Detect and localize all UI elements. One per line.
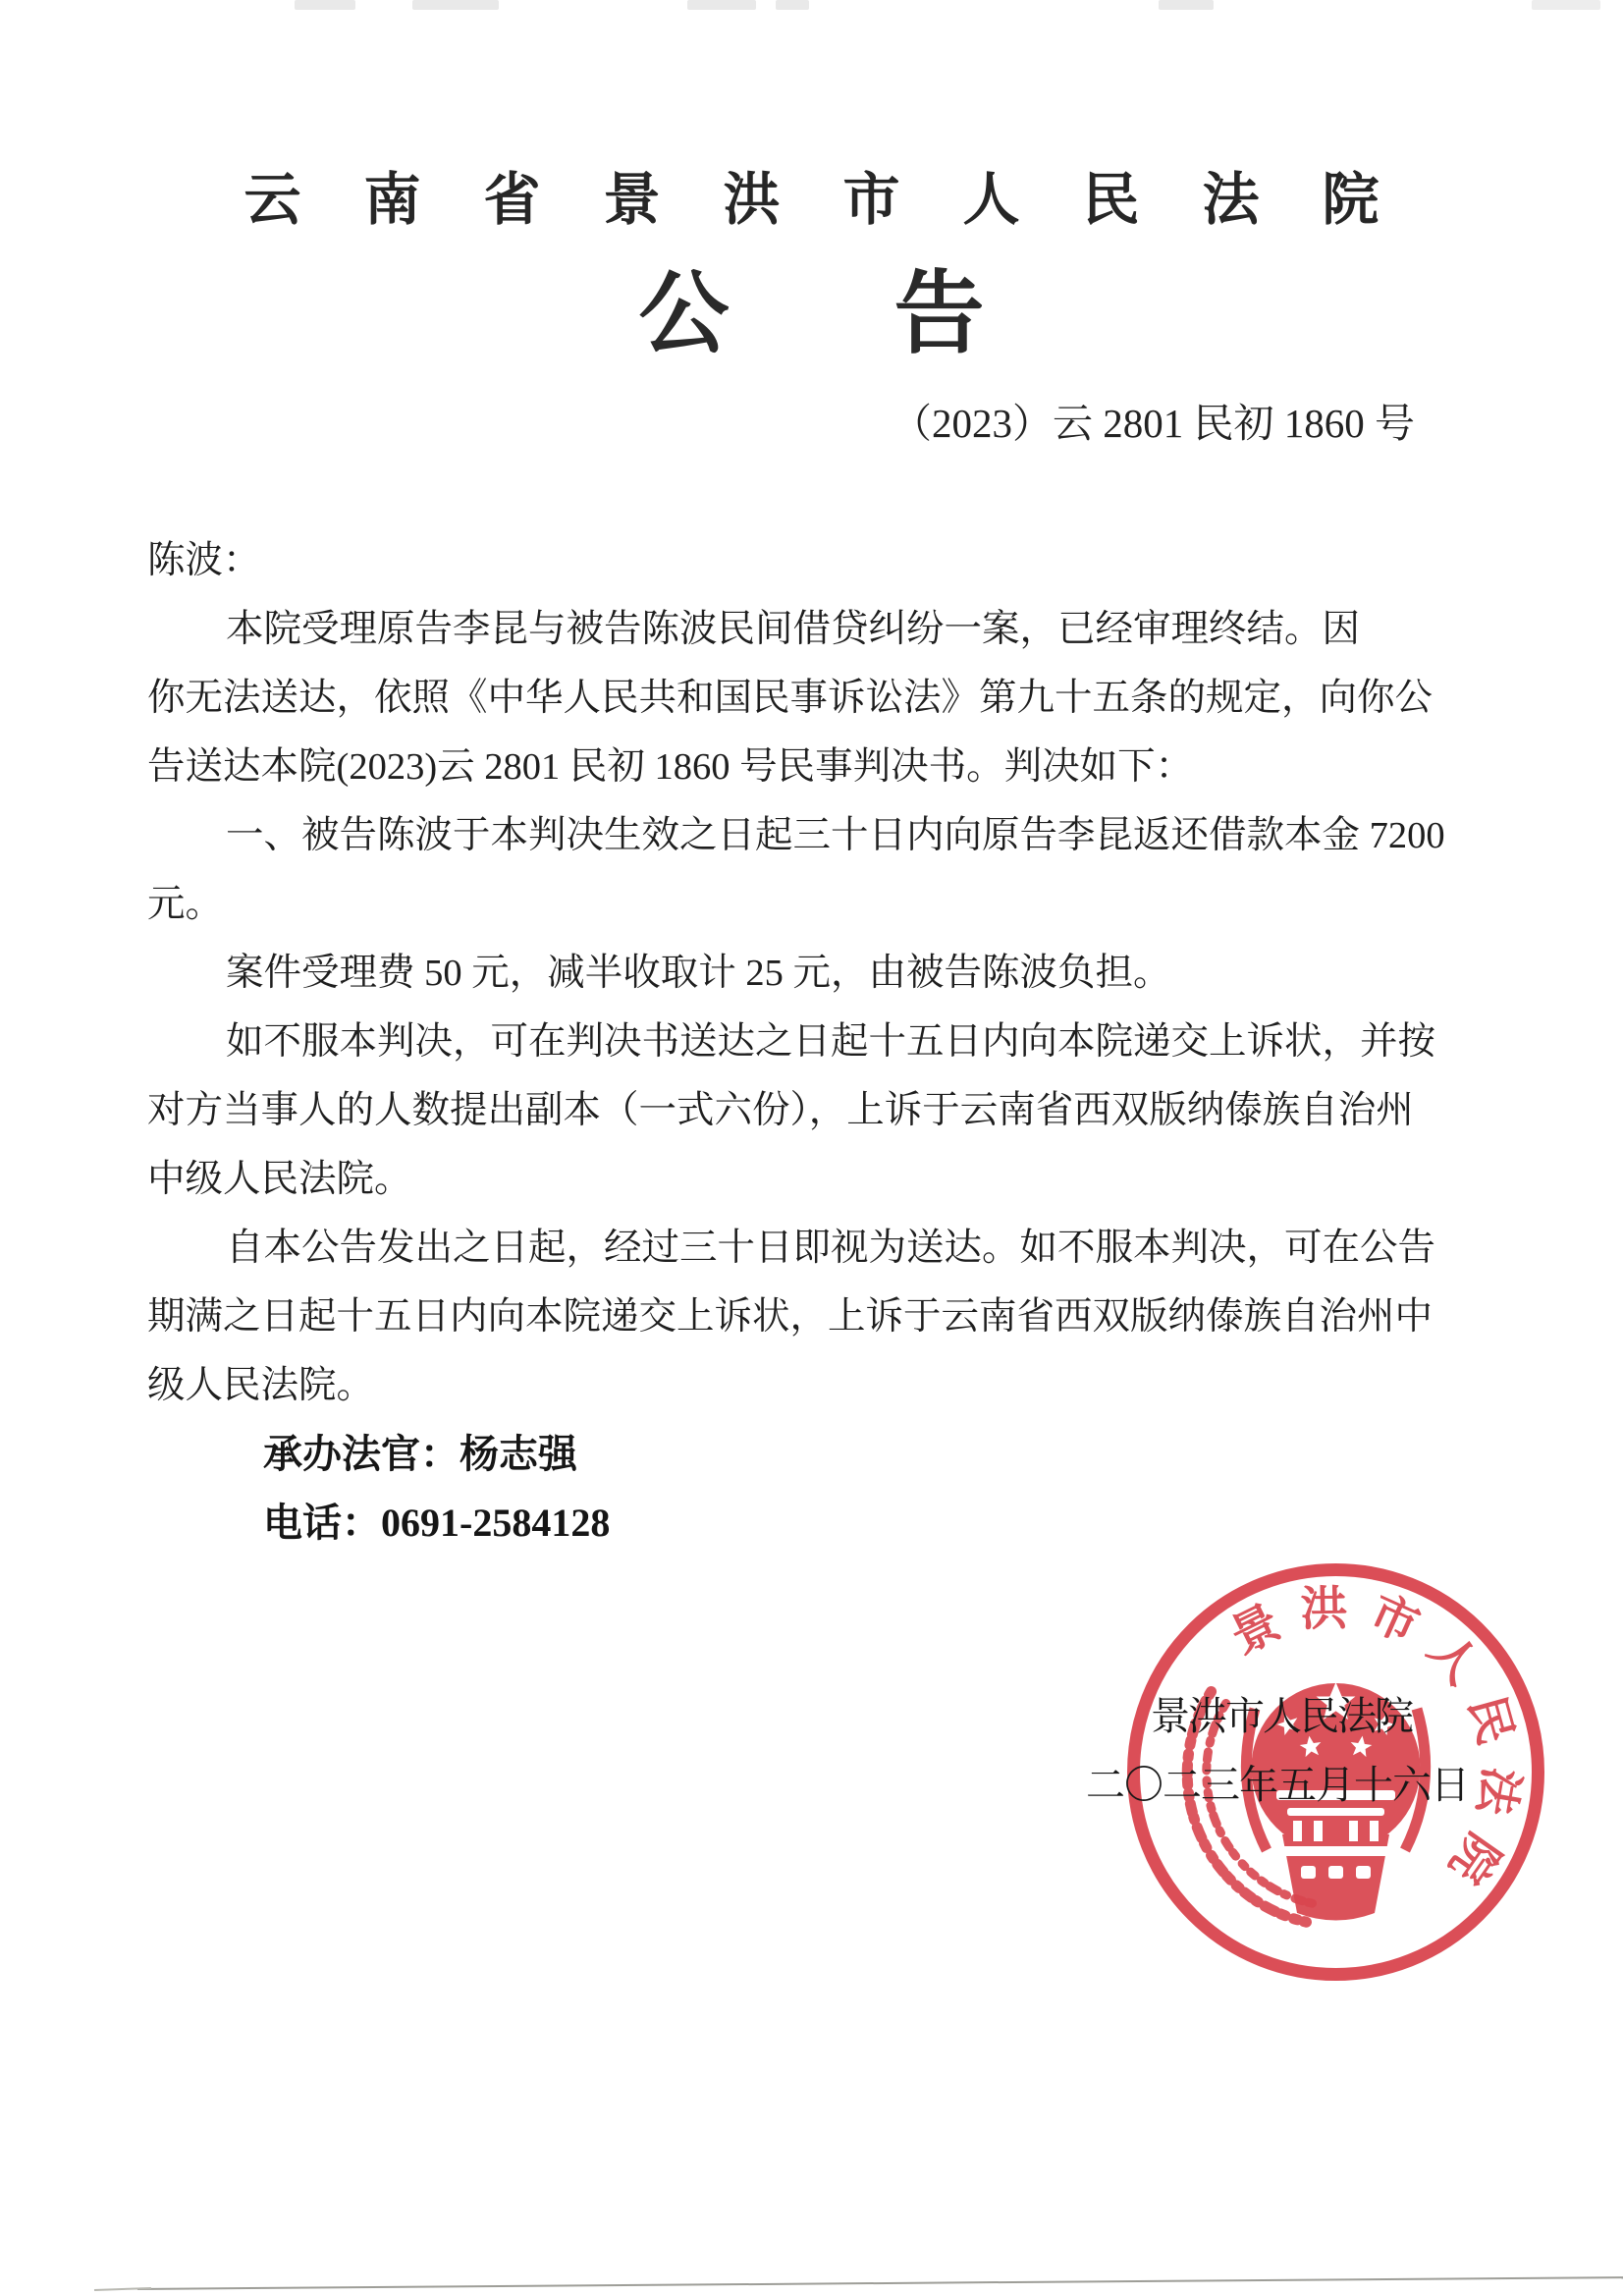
body-line: 中级人民法院。: [147, 1145, 1494, 1214]
body-line: 期满之日起十五日内向本院递交上诉状，上诉于云南省西双版纳傣族自治州中: [147, 1283, 1494, 1351]
body-line: 告送达本院(2023)云 2801 民初 1860 号民事判决书。判决如下：: [147, 733, 1494, 801]
salutation-line: 陈波：: [147, 526, 1494, 595]
court-announcement-page: 云南省景洪市人民法院 公告 （2023）云 2801 民初 1860 号 陈波：…: [0, 0, 1623, 2296]
scan-edge-line: [137, 2276, 1623, 2290]
scan-edge-mark: [94, 2287, 151, 2291]
case-number: （2023）云 2801 民初 1860 号: [892, 391, 1415, 449]
contact-block: 承办法官：杨志强 电话：0691-2584128: [263, 1420, 610, 1558]
body-line: 案件受理费 50 元，减半收取计 25 元，由被告陈波负担。: [147, 939, 1494, 1008]
body-line: 本院受理原告李昆与被告陈波民间借贷纠纷一案，已经审理终结。因: [147, 595, 1494, 664]
scan-artifact: [1159, 0, 1214, 10]
scan-artifact: [1532, 0, 1600, 10]
body-line: 一、被告陈波于本判决生效之日起三十日内向原告李昆返还借款本金 7200: [147, 801, 1494, 870]
body-line: 自本公告发出之日起，经过三十日即视为送达。如不服本判决，可在公告: [147, 1214, 1494, 1283]
body-line: 对方当事人的人数提出副本（一式六份），上诉于云南省西双版纳傣族自治州: [147, 1076, 1494, 1145]
phone-line: 电话：0691-2584128: [263, 1489, 610, 1558]
body-line: 你无法送达，依照《中华人民共和国民事诉讼法》第九十五条的规定，向你公: [147, 664, 1494, 733]
announcement-title: 公告: [0, 242, 1623, 371]
body-line: 元。: [147, 870, 1494, 939]
judge-line: 承办法官：杨志强: [263, 1420, 610, 1489]
scan-artifact: [412, 0, 499, 10]
court-name-title: 云南省景洪市人民法院: [0, 153, 1623, 236]
body-line: 如不服本判决，可在判决书送达之日起十五日内向本院递交上诉状，并按: [147, 1008, 1494, 1076]
body-line: 级人民法院。: [147, 1351, 1494, 1420]
announcement-body: 陈波： 本院受理原告李昆与被告陈波民间借贷纠纷一案，已经审理终结。因 你无法送达…: [147, 526, 1494, 1420]
signature-court-name: 景洪市人民法院: [1151, 1685, 1412, 1741]
scan-artifact: [687, 0, 756, 10]
scan-artifact: [776, 0, 809, 10]
scan-artifact: [295, 0, 355, 10]
signature-date: 二〇二三年五月十六日: [1086, 1754, 1469, 1810]
